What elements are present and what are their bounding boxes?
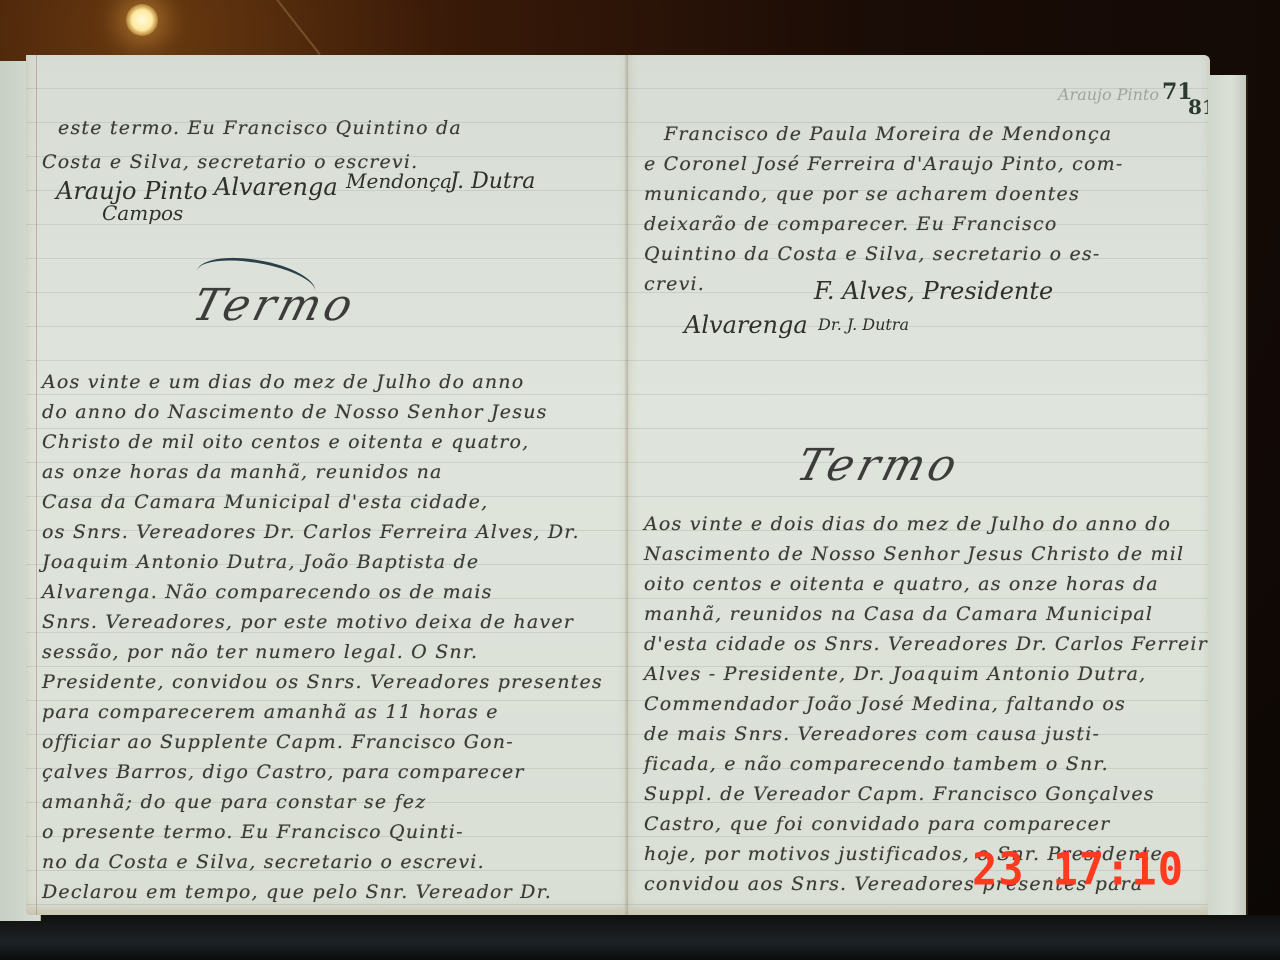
signature: Mendonça	[346, 169, 452, 193]
text-line: os Snrs. Vereadores Dr. Carlos Ferreira …	[42, 515, 580, 549]
text-line: çalves Barros, digo Castro, para compare…	[42, 755, 525, 789]
text-line: Aos vinte e um dias do mez de Julho do a…	[42, 365, 524, 399]
text-line: d'esta cidade os Snrs. Vereadores Dr. Ca…	[644, 627, 1220, 661]
camera-date-stamp: 2317:10	[972, 844, 1184, 895]
left-page: este termo. Eu Francisco Quintino da Cos…	[26, 55, 628, 915]
signature: J. Dutra	[450, 169, 535, 194]
lamp-light	[126, 4, 158, 36]
text-line: oito centos e oitenta e quatro, as onze …	[644, 567, 1159, 601]
text-line: o presente termo. Eu Francisco Quinti-	[42, 815, 464, 849]
stamp-time: 17:10	[1053, 844, 1184, 895]
text-line: deixarão de comparecer. Eu Francisco	[644, 207, 1057, 241]
text-line: Christo de mil oito centos e oitenta e q…	[42, 425, 529, 459]
text-line: para comparecerem amanhã as 11 horas e	[42, 695, 499, 729]
text-line: Declarou em tempo, que pelo Snr. Vereado…	[42, 875, 552, 909]
stamp-day: 23	[972, 844, 1025, 895]
text-line: Joaquim Antonio Dutra, João Baptista de	[42, 545, 479, 579]
text-line: Nascimento de Nosso Senhor Jesus Christo…	[644, 537, 1184, 571]
text-line: Presidente, convidou os Snrs. Vereadores…	[42, 665, 603, 699]
text-line: Francisco de Paula Moreira de Mendonça	[664, 117, 1112, 151]
text-line: as onze horas da manhã, reunidos na	[42, 455, 443, 489]
text-line: Suppl. de Vereador Capm. Francisco Gonça…	[644, 777, 1155, 811]
closing-line: este termo. Eu Francisco Quintino da	[58, 117, 462, 139]
right-page: Araujo Pinto 71 81 Francisco de Paula Mo…	[628, 55, 1210, 915]
text-line: de mais Snrs. Vereadores com causa justi…	[644, 717, 1100, 751]
text-line: crevi.	[644, 267, 705, 301]
section-heading: Termo	[791, 440, 966, 491]
text-line: ficada, e não comparecendo tambem o Snr.	[644, 747, 1109, 781]
text-line: Castro, que foi convidado para comparece…	[644, 807, 1110, 841]
text-line: amanhã; do que para constar se fez	[42, 785, 426, 819]
text-line: Alvarenga. Não comparecendo os de mais	[42, 575, 493, 609]
text-line: do anno do Nascimento de Nosso Senhor Je…	[42, 395, 548, 429]
left-margin-line	[36, 55, 37, 915]
signature: Campos	[102, 201, 183, 225]
text-line: manhã, reunidos na Casa da Camara Munici…	[644, 597, 1153, 631]
text-line: Alves - Presidente, Dr. Joaquim Antonio …	[644, 657, 1146, 691]
header-note: Araujo Pinto	[1058, 85, 1159, 104]
text-line: sessão, por não ter numero legal. O Snr.	[42, 635, 478, 669]
right-page-stack	[1208, 75, 1248, 915]
signature: Alvarenga	[684, 311, 808, 339]
signature: Dr. J. Dutra	[818, 315, 909, 334]
lamp-cord	[276, 0, 321, 55]
text-line: Aos vinte e dois dias do mez de Julho do…	[644, 507, 1171, 541]
text-line: Casa da Camara Municipal d'esta cidade,	[42, 485, 488, 519]
text-line: e Coronel José Ferreira d'Araujo Pinto, …	[644, 147, 1123, 181]
text-line: Commendador João José Medina, faltando o…	[644, 687, 1126, 721]
signature: F. Alves, Presidente	[814, 277, 1053, 305]
ledger-book: este termo. Eu Francisco Quintino da Cos…	[0, 55, 1250, 935]
section-heading: Termo	[187, 280, 362, 331]
text-line: municando, que por se acharem doentes	[644, 177, 1080, 211]
text-line: no da Costa e Silva, secretario o escrev…	[42, 845, 485, 879]
text-line: Quintino da Costa e Silva, secretario o …	[644, 237, 1100, 271]
text-line: Snrs. Vereadores, por este motivo deixa …	[42, 605, 574, 639]
signature: Alvarenga	[214, 173, 338, 201]
text-line: officiar ao Supplente Capm. Francisco Go…	[42, 725, 514, 759]
